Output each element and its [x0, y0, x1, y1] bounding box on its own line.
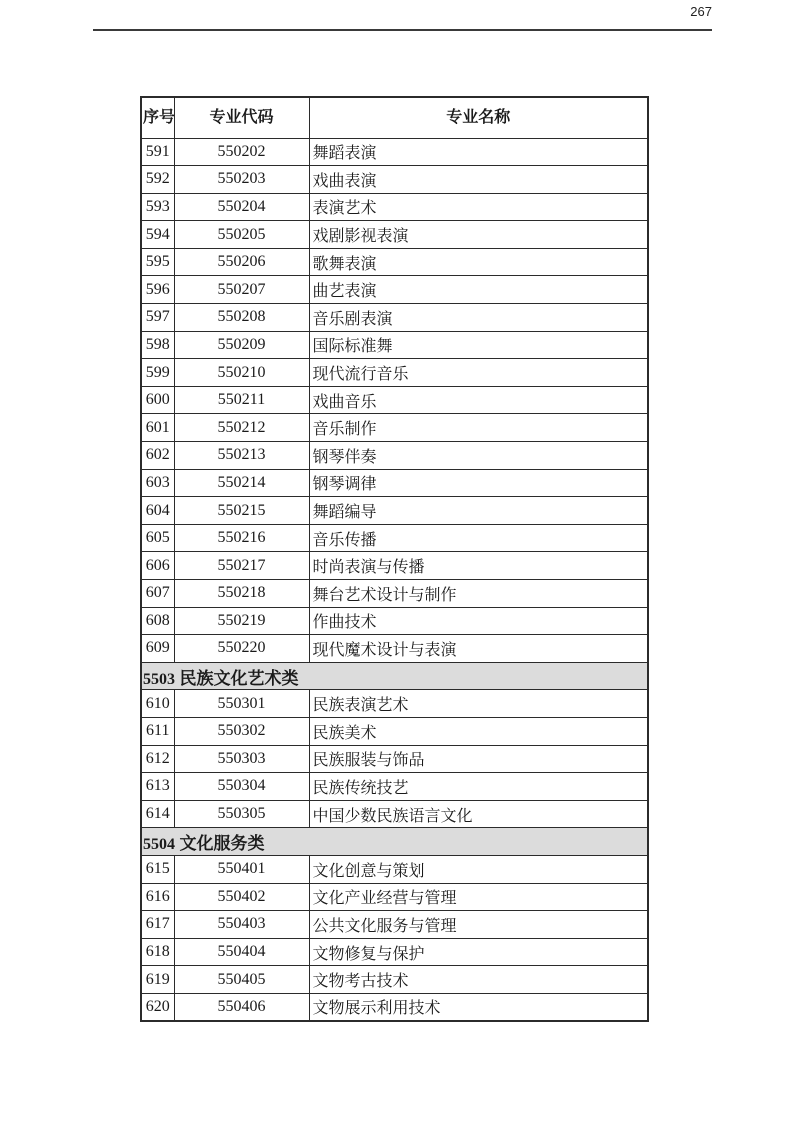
- cell-name: 国际标准舞: [309, 331, 648, 359]
- cell-name: 时尚表演与传播: [309, 552, 648, 580]
- table-row: 611550302民族美术: [141, 717, 648, 745]
- cell-code: 550216: [174, 524, 309, 552]
- table-row: 601550212音乐制作: [141, 414, 648, 442]
- cell-name: 文化创意与策划: [309, 855, 648, 883]
- section-row: 5503 民族文化艺术类: [141, 662, 648, 690]
- cell-name: 舞台艺术设计与制作: [309, 580, 648, 608]
- table-row: 602550213钢琴伴奏: [141, 442, 648, 470]
- cell-code: 550405: [174, 966, 309, 994]
- section-label: 文化服务类: [179, 834, 264, 853]
- header-cell-major-name: 专业名称: [309, 97, 648, 138]
- cell-name: 舞蹈表演: [309, 138, 648, 166]
- cell-code: 550402: [174, 883, 309, 911]
- table-row: 606550217时尚表演与传播: [141, 552, 648, 580]
- cell-name: 文物展示利用技术: [309, 993, 648, 1021]
- cell-name: 音乐制作: [309, 414, 648, 442]
- cell-no: 607: [141, 580, 174, 608]
- table-row: 608550219作曲技术: [141, 607, 648, 635]
- cell-name: 文化产业经营与管理: [309, 883, 648, 911]
- table-row: 603550214钢琴调律: [141, 469, 648, 497]
- cell-no: 597: [141, 304, 174, 332]
- cell-code: 550212: [174, 414, 309, 442]
- cell-name: 舞蹈编导: [309, 497, 648, 525]
- cell-code: 550209: [174, 331, 309, 359]
- cell-no: 595: [141, 248, 174, 276]
- cell-code: 550207: [174, 276, 309, 304]
- cell-no: 610: [141, 690, 174, 718]
- cell-no: 592: [141, 166, 174, 194]
- cell-name: 民族服装与饰品: [309, 745, 648, 773]
- cell-code: 550301: [174, 690, 309, 718]
- cell-no: 604: [141, 497, 174, 525]
- table-row: 597550208音乐剧表演: [141, 304, 648, 332]
- section-label: 民族文化艺术类: [179, 669, 298, 688]
- table-row: 598550209国际标准舞: [141, 331, 648, 359]
- cell-name: 文物考古技术: [309, 966, 648, 994]
- cell-name: 戏曲表演: [309, 166, 648, 194]
- cell-name: 戏曲音乐: [309, 386, 648, 414]
- cell-no: 613: [141, 773, 174, 801]
- cell-code: 550219: [174, 607, 309, 635]
- cell-code: 550303: [174, 745, 309, 773]
- cell-code: 550401: [174, 855, 309, 883]
- section-code: 5504: [143, 836, 175, 853]
- cell-code: 550220: [174, 635, 309, 663]
- cell-code: 550215: [174, 497, 309, 525]
- table-row: 614550305中国少数民族语言文化: [141, 800, 648, 828]
- cell-code: 550210: [174, 359, 309, 387]
- table-row: 605550216音乐传播: [141, 524, 648, 552]
- table-row: 591550202舞蹈表演: [141, 138, 648, 166]
- cell-name: 钢琴调律: [309, 469, 648, 497]
- cell-code: 550217: [174, 552, 309, 580]
- cell-no: 599: [141, 359, 174, 387]
- cell-no: 594: [141, 221, 174, 249]
- cell-name: 作曲技术: [309, 607, 648, 635]
- cell-no: 596: [141, 276, 174, 304]
- cell-code: 550213: [174, 442, 309, 470]
- cell-no: 620: [141, 993, 174, 1021]
- cell-no: 606: [141, 552, 174, 580]
- cell-no: 611: [141, 717, 174, 745]
- cell-no: 619: [141, 966, 174, 994]
- section-cell: 5503 民族文化艺术类: [141, 662, 648, 690]
- header-rule: [93, 29, 712, 31]
- cell-no: 591: [141, 138, 174, 166]
- cell-code: 550302: [174, 717, 309, 745]
- cell-name: 钢琴伴奏: [309, 442, 648, 470]
- table-row: 609550220现代魔术设计与表演: [141, 635, 648, 663]
- cell-no: 615: [141, 855, 174, 883]
- cell-name: 文物修复与保护: [309, 938, 648, 966]
- cell-name: 民族传统技艺: [309, 773, 648, 801]
- table-row: 618550404文物修复与保护: [141, 938, 648, 966]
- cell-name: 音乐传播: [309, 524, 648, 552]
- table-row: 617550403公共文化服务与管理: [141, 911, 648, 939]
- document-page: 267 序号 专业代码 专业名称 591550202舞蹈表演592550203戏…: [0, 0, 793, 1122]
- cell-name: 戏剧影视表演: [309, 221, 648, 249]
- cell-name: 音乐剧表演: [309, 304, 648, 332]
- cell-code: 550211: [174, 386, 309, 414]
- cell-code: 550218: [174, 580, 309, 608]
- cell-no: 598: [141, 331, 174, 359]
- table-row: 619550405文物考古技术: [141, 966, 648, 994]
- section-code: 5503: [143, 671, 175, 688]
- cell-code: 550304: [174, 773, 309, 801]
- cell-name: 表演艺术: [309, 193, 648, 221]
- cell-name: 民族表演艺术: [309, 690, 648, 718]
- cell-code: 550404: [174, 938, 309, 966]
- cell-code: 550214: [174, 469, 309, 497]
- cell-no: 617: [141, 911, 174, 939]
- table-row: 615550401文化创意与策划: [141, 855, 648, 883]
- table-body: 591550202舞蹈表演592550203戏曲表演593550204表演艺术5…: [141, 138, 648, 1021]
- cell-name: 民族美术: [309, 717, 648, 745]
- cell-no: 602: [141, 442, 174, 470]
- cell-no: 601: [141, 414, 174, 442]
- cell-code: 550203: [174, 166, 309, 194]
- table-row: 613550304民族传统技艺: [141, 773, 648, 801]
- table-row: 600550211戏曲音乐: [141, 386, 648, 414]
- table-row: 595550206歌舞表演: [141, 248, 648, 276]
- cell-code: 550206: [174, 248, 309, 276]
- table-row: 599550210现代流行音乐: [141, 359, 648, 387]
- table-row: 593550204表演艺术: [141, 193, 648, 221]
- table-row: 620550406文物展示利用技术: [141, 993, 648, 1021]
- cell-name: 公共文化服务与管理: [309, 911, 648, 939]
- cell-name: 歌舞表演: [309, 248, 648, 276]
- cell-code: 550204: [174, 193, 309, 221]
- cell-code: 550202: [174, 138, 309, 166]
- cell-code: 550205: [174, 221, 309, 249]
- cell-name: 现代流行音乐: [309, 359, 648, 387]
- table-header-row: 序号 专业代码 专业名称: [141, 97, 648, 138]
- table-row: 604550215舞蹈编导: [141, 497, 648, 525]
- section-row: 5504 文化服务类: [141, 828, 648, 856]
- table-row: 610550301民族表演艺术: [141, 690, 648, 718]
- table-row: 616550402文化产业经营与管理: [141, 883, 648, 911]
- table-row: 607550218舞台艺术设计与制作: [141, 580, 648, 608]
- cell-no: 614: [141, 800, 174, 828]
- cell-no: 616: [141, 883, 174, 911]
- header-cell-major-code: 专业代码: [174, 97, 309, 138]
- table-row: 592550203戏曲表演: [141, 166, 648, 194]
- cell-no: 593: [141, 193, 174, 221]
- cell-name: 曲艺表演: [309, 276, 648, 304]
- header-cell-serial: 序号: [141, 97, 174, 138]
- table-row: 594550205戏剧影视表演: [141, 221, 648, 249]
- cell-no: 608: [141, 607, 174, 635]
- cell-no: 609: [141, 635, 174, 663]
- cell-no: 612: [141, 745, 174, 773]
- cell-code: 550403: [174, 911, 309, 939]
- table-row: 612550303民族服装与饰品: [141, 745, 648, 773]
- cell-name: 中国少数民族语言文化: [309, 800, 648, 828]
- cell-code: 550208: [174, 304, 309, 332]
- cell-code: 550305: [174, 800, 309, 828]
- cell-no: 618: [141, 938, 174, 966]
- cell-no: 603: [141, 469, 174, 497]
- table-row: 596550207曲艺表演: [141, 276, 648, 304]
- cell-no: 600: [141, 386, 174, 414]
- cell-name: 现代魔术设计与表演: [309, 635, 648, 663]
- majors-table: 序号 专业代码 专业名称 591550202舞蹈表演592550203戏曲表演5…: [140, 96, 649, 1022]
- section-cell: 5504 文化服务类: [141, 828, 648, 856]
- cell-code: 550406: [174, 993, 309, 1021]
- page-number: 267: [690, 4, 712, 19]
- cell-no: 605: [141, 524, 174, 552]
